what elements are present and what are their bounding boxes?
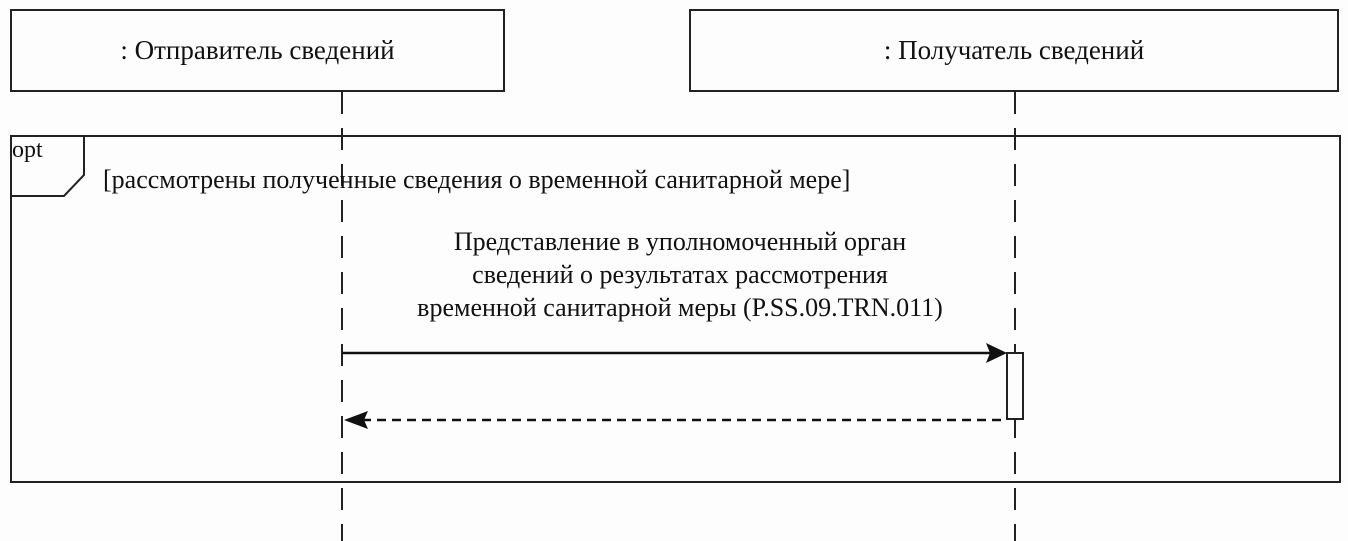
guard-condition: [рассмотрены полученные сведения о време… — [103, 165, 850, 195]
receiver-lifeline-head[interactable]: : Получатель сведений — [689, 9, 1339, 92]
message-label-line: временной санитарной меры (P.SS.09.TRN.0… — [340, 291, 1020, 324]
opt-operator-label: opt — [12, 137, 43, 164]
message-label-line: Представление в уполномоченный орган — [340, 225, 1020, 258]
message-label-line: сведений о результатах рассмотрения — [340, 258, 1020, 291]
receiver-label: : Получатель сведений — [884, 35, 1144, 66]
sender-label: : Отправитель сведений — [120, 35, 394, 66]
sender-lifeline-head[interactable]: : Отправитель сведений — [10, 9, 505, 92]
message-label: Представление в уполномоченный орган све… — [340, 225, 1020, 324]
